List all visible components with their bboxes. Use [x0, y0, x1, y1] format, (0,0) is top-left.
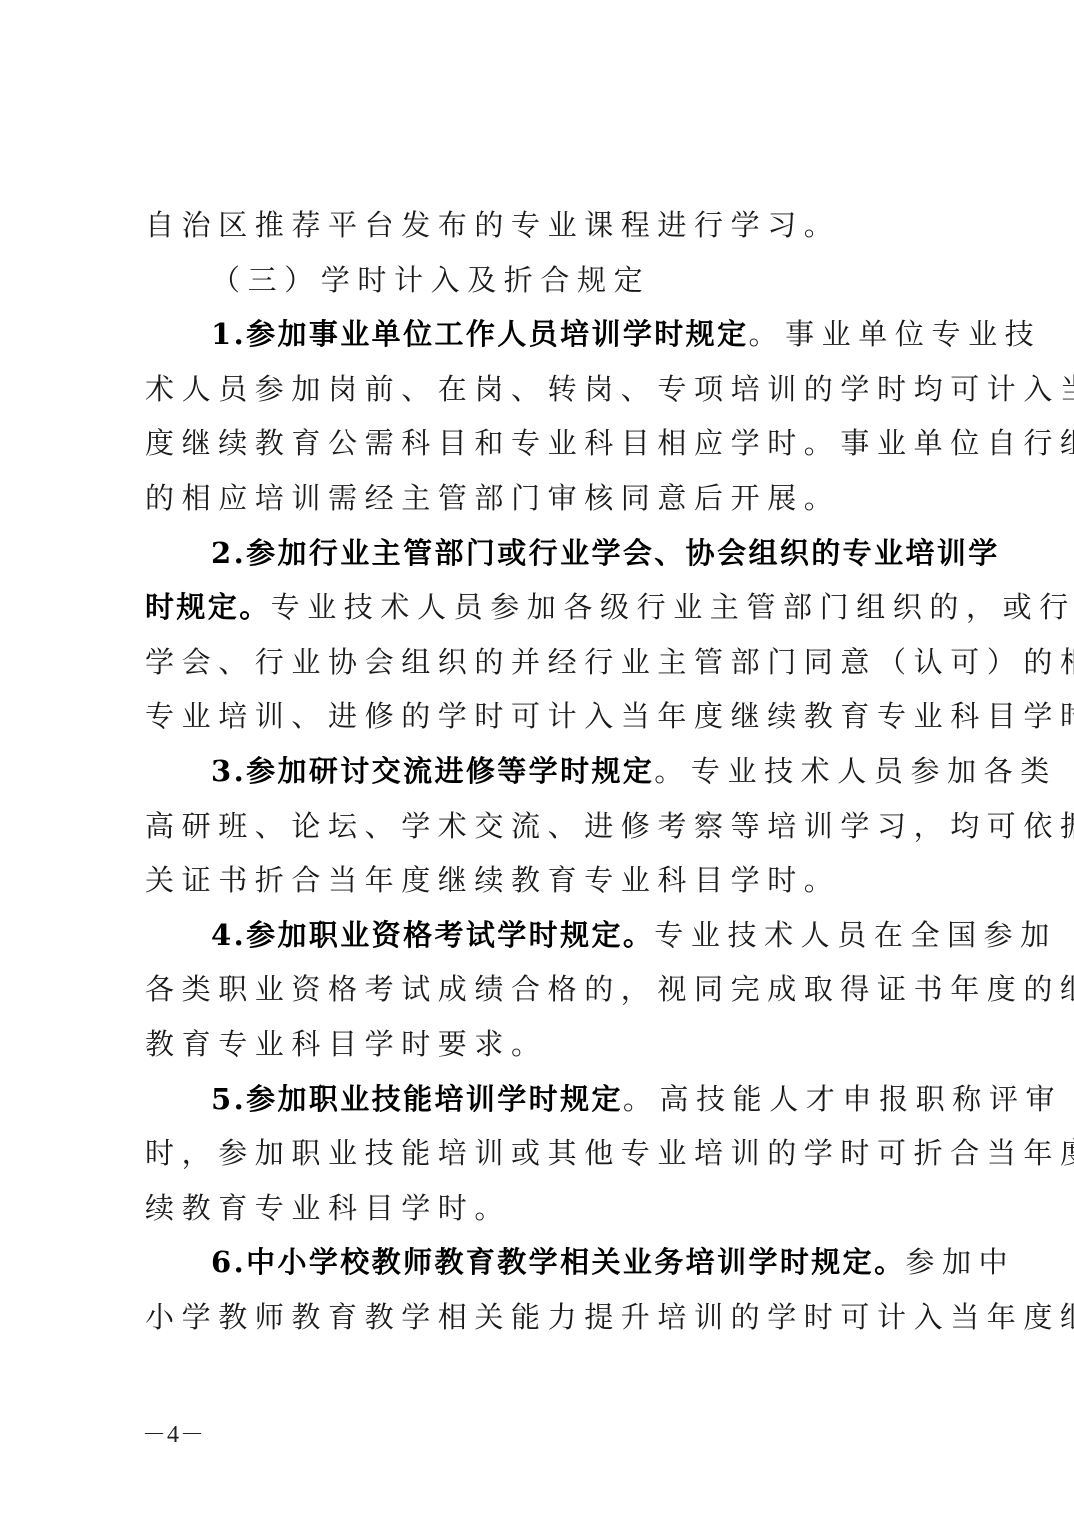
text-line: 续教育专业科目学时。	[145, 1181, 933, 1236]
paragraph-text: 度继续教育公需科目和专业科目相应学时。事业单位自行组织	[145, 426, 1074, 460]
text-line: 自治区推荐平台发布的专业课程进行学习。	[145, 198, 933, 253]
text-line: 的相应培训需经主管部门审核同意后开展。	[145, 471, 933, 526]
text-line: 时，参加职业技能培训或其他专业培训的学时可折合当年度继	[145, 1126, 933, 1181]
text-line: 专业培训、进修的学时可计入当年度继续教育专业科目学时。	[145, 689, 933, 744]
paragraph-text: 。高技能人才申报职称评审	[623, 1082, 1062, 1116]
page-number: －4－	[142, 1414, 205, 1449]
text-line: 3.参加研讨交流进修等学时规定。专业技术人员参加各类	[145, 744, 933, 799]
text-line: 1.参加事业单位工作人员培训学时规定。事业单位专业技	[145, 307, 933, 362]
paragraph-text: 术人员参加岗前、在岗、转岗、专项培训的学时均可计入当年	[145, 372, 1074, 406]
section-heading-text: 6.中小学校教师教育教学相关业务培训学时规定。	[211, 1245, 905, 1279]
text-line: 时规定。专业技术人员参加各级行业主管部门组织的，或行业	[145, 580, 933, 635]
text-line: 学会、行业协会组织的并经行业主管部门同意（认可）的相关	[145, 635, 933, 690]
text-line: 6.中小学校教师教育教学相关业务培训学时规定。参加中	[145, 1235, 933, 1290]
text-line: 关证书折合当年度继续教育专业科目学时。	[145, 853, 933, 908]
paragraph-text: 专业技术人员参加各级行业主管部门组织的，或行业	[271, 590, 1074, 624]
paragraph-text: 关证书折合当年度继续教育专业科目学时。	[145, 863, 840, 897]
section-heading-text: 时规定。	[145, 590, 271, 624]
text-line: 术人员参加岗前、在岗、转岗、专项培训的学时均可计入当年	[145, 362, 933, 417]
paragraph-text: 专业技术人员在全国参加	[654, 918, 1057, 952]
text-line: 2.参加行业主管部门或行业学会、协会组织的专业培训学	[145, 526, 933, 581]
document-body: 自治区推荐平台发布的专业课程进行学习。（三）学时计入及折合规定1.参加事业单位工…	[145, 198, 933, 1344]
paragraph-text: 自治区推荐平台发布的专业课程进行学习。	[145, 208, 840, 242]
text-line: 5.参加职业技能培训学时规定。高技能人才申报职称评审	[145, 1072, 933, 1127]
text-line: 高研班、论坛、学术交流、进修考察等培训学习，均可依据相	[145, 799, 933, 854]
paragraph-text: 。专业技术人员参加各类	[654, 754, 1057, 788]
paragraph-text: 专业培训、进修的学时可计入当年度继续教育专业科目学时。	[145, 699, 1074, 733]
paragraph-text: 小学教师教育教学相关能力提升培训的学时可计入当年度继续	[145, 1300, 1074, 1334]
text-line: 教育专业科目学时要求。	[145, 1017, 933, 1072]
paragraph-text: 参加中	[905, 1245, 1015, 1279]
text-line: 度继续教育公需科目和专业科目相应学时。事业单位自行组织	[145, 416, 933, 471]
section-heading-text: 5.参加职业技能培训学时规定	[211, 1082, 623, 1116]
paragraph-text: （三）学时计入及折合规定	[211, 263, 650, 297]
section-heading-text: 4.参加职业资格考试学时规定。	[211, 918, 654, 952]
paragraph-text: 时，参加职业技能培训或其他专业培训的学时可折合当年度继	[145, 1136, 1074, 1170]
section-heading-text: 1.参加事业单位工作人员培训学时规定	[211, 317, 748, 351]
section-heading-text: 2.参加行业主管部门或行业学会、协会组织的专业培训学	[211, 536, 1000, 570]
paragraph-text: 。事业单位专业技	[748, 317, 1041, 351]
section-heading-text: 3.参加研讨交流进修等学时规定	[211, 754, 654, 788]
paragraph-text: 各类职业资格考试成绩合格的，视同完成取得证书年度的继续	[145, 972, 1074, 1006]
text-line: 4.参加职业资格考试学时规定。专业技术人员在全国参加	[145, 908, 933, 963]
paragraph-text: 高研班、论坛、学术交流、进修考察等培训学习，均可依据相	[145, 809, 1074, 843]
paragraph-text: 教育专业科目学时要求。	[145, 1027, 548, 1061]
paragraph-text: 的相应培训需经主管部门审核同意后开展。	[145, 481, 840, 515]
text-line: 小学教师教育教学相关能力提升培训的学时可计入当年度继续	[145, 1290, 933, 1345]
paragraph-text: 续教育专业科目学时。	[145, 1191, 511, 1225]
paragraph-text: 学会、行业协会组织的并经行业主管部门同意（认可）的相关	[145, 645, 1074, 679]
document-page: 自治区推荐平台发布的专业课程进行学习。（三）学时计入及折合规定1.参加事业单位工…	[0, 0, 1074, 1520]
text-line: 各类职业资格考试成绩合格的，视同完成取得证书年度的继续	[145, 962, 933, 1017]
text-line: （三）学时计入及折合规定	[145, 253, 933, 308]
